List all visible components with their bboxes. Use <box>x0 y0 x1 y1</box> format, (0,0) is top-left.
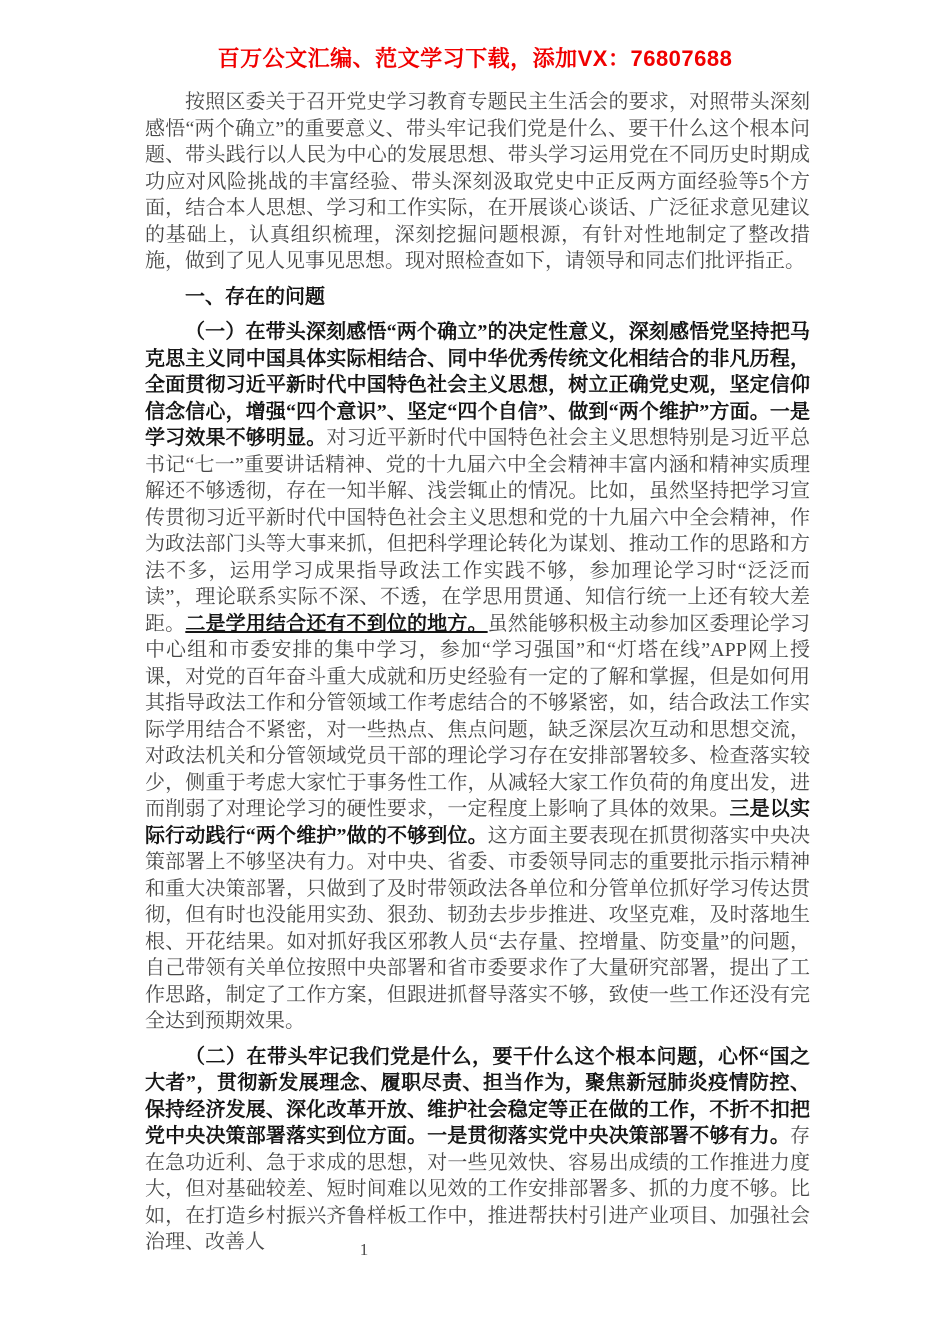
text-run: 二是学用结合还有不到位的地方。 <box>185 613 487 635</box>
page-number: 1 <box>352 1240 376 1260</box>
document-body: 按照区委关于召开党史学习教育专题民主生活会的要求，对照带头深刻感悟“两个确立”的… <box>145 89 810 1256</box>
text-run: 这方面主要表现在抓贯彻落实中央决策部署上不够坚决有力。对中央、省委、市委领导同志… <box>145 825 810 1033</box>
text-run: （二）在带头牢记我们党是什么，要干什么这个根本问题，心怀“国之大者”，贯彻新发展… <box>145 1046 810 1148</box>
paragraph-item-2: （二）在带头牢记我们党是什么，要干什么这个根本问题，心怀“国之大者”，贯彻新发展… <box>145 1044 810 1256</box>
text-run: 对习近平新时代中国特色社会主义思想特别是习近平总书记“七一”重要讲话精神、党的十… <box>145 427 810 635</box>
paragraph-item-1: （一）在带头深刻感悟“两个确立”的决定性意义，深刻感悟党坚持把马克思主义同中国具… <box>145 319 810 1035</box>
text-run: 一、存在的问题 <box>185 286 325 308</box>
promo-header-text: 百万公文汇编、范文学习下载，添加VX：76807688 <box>0 0 950 74</box>
intro-paragraph: 按照区委关于召开党史学习教育专题民主生活会的要求，对照带头深刻感悟“两个确立”的… <box>145 89 810 275</box>
text-run: 虽然能够积极主动参加区委理论学习中心组和市委安排的集中学习，参加“学习强国”和“… <box>145 613 810 821</box>
document-page: 百万公文汇编、范文学习下载，添加VX：76807688 按照区委关于召开党史学习… <box>0 0 950 1344</box>
section-heading-problems: 一、存在的问题 <box>145 284 810 311</box>
text-run: 按照区委关于召开党史学习教育专题民主生活会的要求，对照带头深刻感悟“两个确立”的… <box>145 91 810 272</box>
